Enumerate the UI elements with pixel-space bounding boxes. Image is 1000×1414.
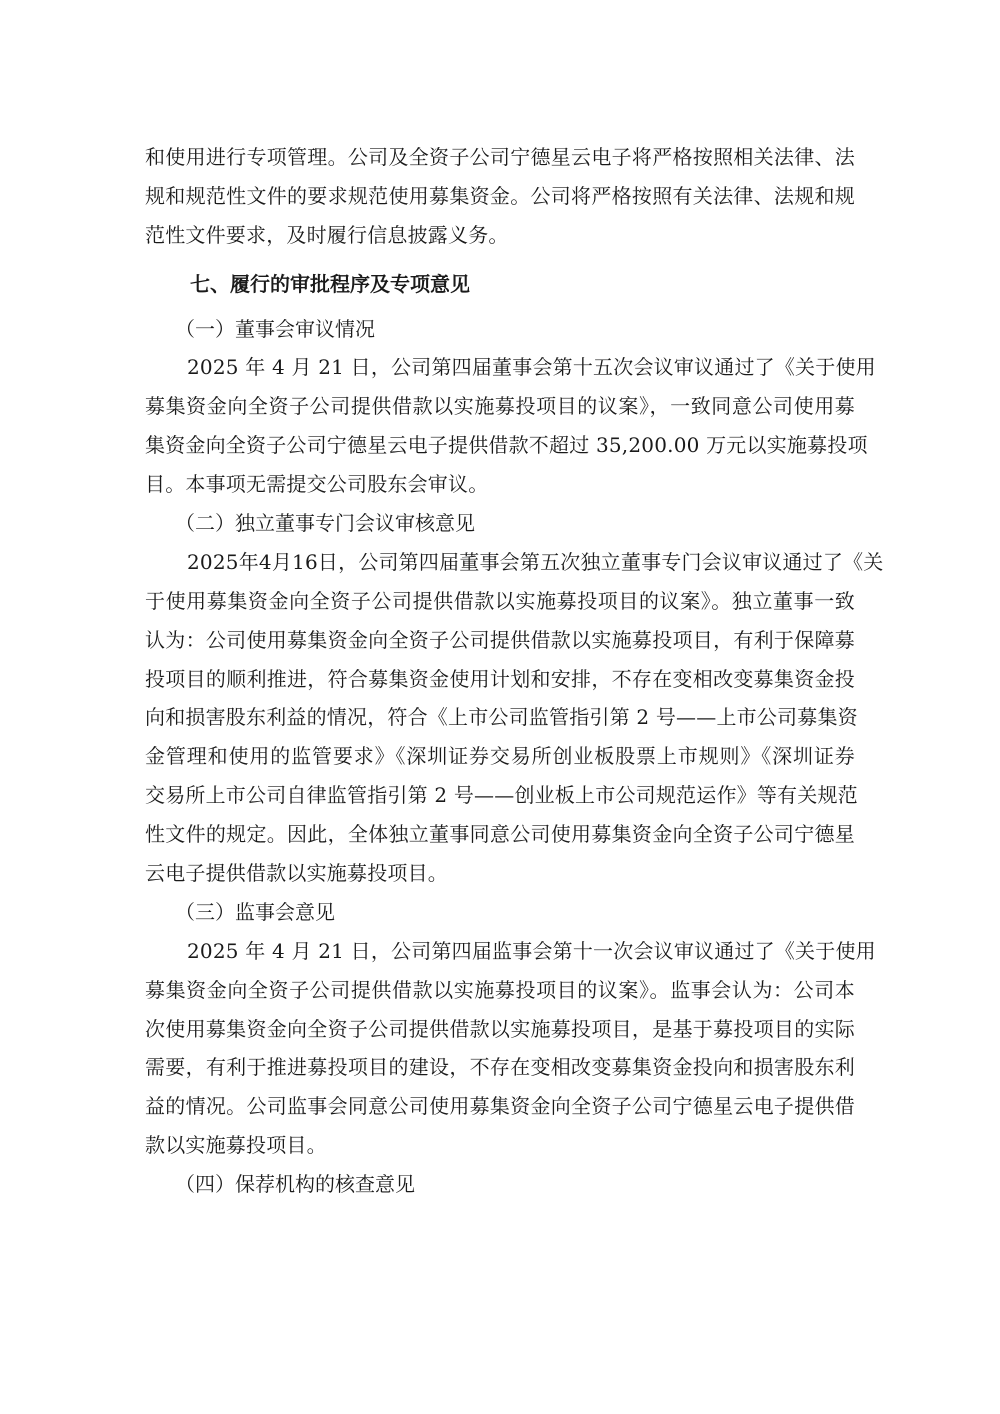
paragraph-line: 金管理和使用的监管要求》《深圳证券交易所创业板股票上市规则》《深圳证券 [145, 737, 855, 776]
paragraph-line: 规和规范性文件的要求规范使用募集资金。公司将严格按照有关法律、法规和规 [145, 177, 855, 216]
paragraph-line: 2025年4月16日，公司第四届董事会第五次独立董事专门会议审议通过了《关 [145, 543, 855, 582]
paragraph-line: 募集资金向全资子公司提供借款以实施募投项目的议案》。监事会认为：公司本 [145, 971, 855, 1010]
paragraph-line: 款以实施募投项目。 [145, 1126, 855, 1165]
subsection-independent-directors: （二）独立董事专门会议审核意见 2025年4月16日，公司第四届董事会第五次独立… [145, 504, 855, 893]
paragraph-line: 2025 年 4 月 21 日，公司第四届董事会第十五次会议审议通过了《关于使用 [145, 348, 855, 387]
subsection-board-review: （一）董事会审议情况 2025 年 4 月 21 日，公司第四届董事会第十五次会… [145, 310, 855, 504]
paragraph-line: 认为：公司使用募集资金向全资子公司提供借款以实施募投项目，有利于保障募 [145, 621, 855, 660]
paragraph-line: 募集资金向全资子公司提供借款以实施募投项目的议案》，一致同意公司使用募 [145, 387, 855, 426]
paragraph-line: 性文件的规定。因此，全体独立董事同意公司使用募集资金向全资子公司宁德星 [145, 815, 855, 854]
subsection-title: （一）董事会审议情况 [145, 310, 855, 349]
paragraph-line: 投项目的顺利推进，符合募集资金使用计划和安排，不存在变相改变募集资金投 [145, 660, 855, 699]
paragraph-line: 次使用募集资金向全资子公司提供借款以实施募投项目，是基于募投项目的实际 [145, 1010, 855, 1049]
paragraph-line: 范性文件要求，及时履行信息披露义务。 [145, 216, 855, 255]
subsection-supervisory-board: （三）监事会意见 2025 年 4 月 21 日，公司第四届监事会第十一次会议审… [145, 893, 855, 1165]
paragraph-line: 和使用进行专项管理。公司及全资子公司宁德星云电子将严格按照相关法律、法 [145, 138, 855, 177]
intro-paragraph: 和使用进行专项管理。公司及全资子公司宁德星云电子将严格按照相关法律、法 规和规范… [145, 138, 855, 255]
subsection-title: （二）独立董事专门会议审核意见 [145, 504, 855, 543]
paragraph-line: 2025 年 4 月 21 日，公司第四届监事会第十一次会议审议通过了《关于使用 [145, 932, 855, 971]
subsection-sponsor-opinion: （四）保荐机构的核查意见 [145, 1165, 855, 1204]
subsection-title: （三）监事会意见 [145, 893, 855, 932]
paragraph-line: 集资金向全资子公司宁德星云电子提供借款不超过 35,200.00 万元以实施募投… [145, 426, 855, 465]
section-heading: 七、履行的审批程序及专项意见 [145, 265, 855, 304]
paragraph-line: 交易所上市公司自律监管指引第 2 号——创业板上市公司规范运作》等有关规范 [145, 776, 855, 815]
paragraph-line: 向和损害股东利益的情况，符合《上市公司监管指引第 2 号——上市公司募集资 [145, 698, 855, 737]
paragraph-line: 益的情况。公司监事会同意公司使用募集资金向全资子公司宁德星云电子提供借 [145, 1087, 855, 1126]
document-page: 和使用进行专项管理。公司及全资子公司宁德星云电子将严格按照相关法律、法 规和规范… [145, 138, 855, 1204]
paragraph-line: 云电子提供借款以实施募投项目。 [145, 854, 855, 893]
paragraph-line: 需要，有利于推进募投项目的建设，不存在变相改变募集资金投向和损害股东利 [145, 1048, 855, 1087]
paragraph-line: 于使用募集资金向全资子公司提供借款以实施募投项目的议案》。独立董事一致 [145, 582, 855, 621]
subsection-title: （四）保荐机构的核查意见 [145, 1165, 855, 1204]
paragraph-line: 目。本事项无需提交公司股东会审议。 [145, 465, 855, 504]
